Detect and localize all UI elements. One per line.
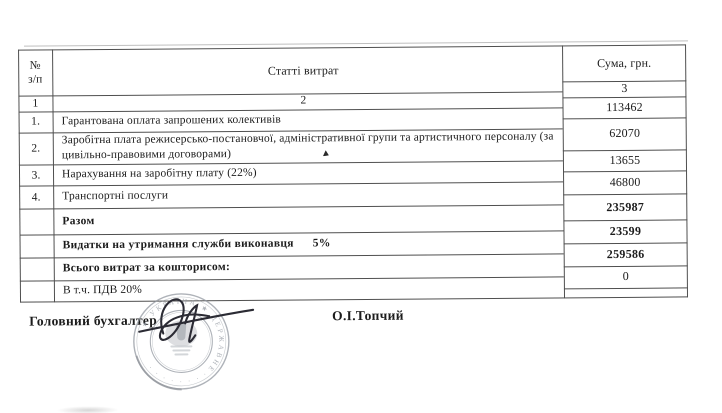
row-num: 4. <box>19 185 53 208</box>
overhead-percent-text: 5% <box>313 236 331 251</box>
row-sum: 62070 <box>563 117 687 150</box>
overhead-label-text: Видатки на утримання служби виконавця <box>63 237 294 254</box>
header-num-line1: № <box>30 59 41 73</box>
grand-total-row-sum: 259586 <box>564 242 688 265</box>
expense-table: № з/п Статті витрат Сума, грн. 1 2 3 1. … <box>18 44 688 302</box>
header-items-cell: Статті витрат <box>52 45 554 95</box>
row-num: 1. <box>19 111 53 132</box>
total-row-sum: 235987 <box>563 193 687 220</box>
numbering-num-cell: 1 <box>18 95 52 111</box>
overhead-row-sum: 23599 <box>563 219 687 243</box>
header-sum-cell: Сума, грн. <box>562 44 686 81</box>
row-sum: 46800 <box>563 170 687 194</box>
numbering-sum-cell: 3 <box>562 80 686 96</box>
header-num-cell: № з/п <box>18 49 52 95</box>
header-num-line2: з/п <box>28 72 42 86</box>
scanned-document: № з/п Статті витрат Сума, грн. 1 2 3 1. … <box>0 0 722 413</box>
row-label: Заробітна плата режисерсько-постановчої,… <box>53 128 564 165</box>
total-row-label: Разом <box>53 204 564 234</box>
row-sum: 113462 <box>562 96 686 118</box>
scan-smudge-artifact <box>57 406 119 413</box>
signature <box>129 289 270 360</box>
row-sum: 13655 <box>563 149 687 171</box>
signatory-name: О.І.Топчий <box>332 308 404 325</box>
row-num: 3. <box>19 164 53 185</box>
vat-row-sum: 0 <box>564 265 688 288</box>
row-num: 2. <box>19 132 53 165</box>
